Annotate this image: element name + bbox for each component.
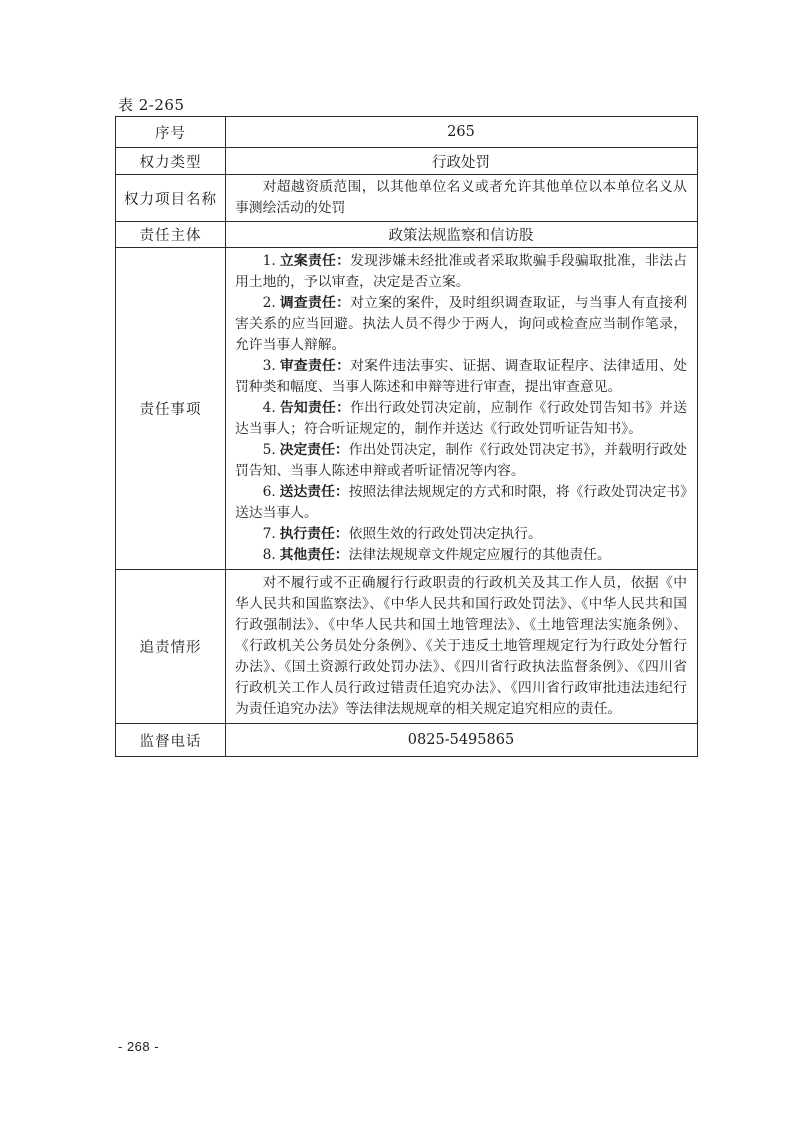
duty-item-6: 6.送达责任：按照法律法规规定的方式和时限，将《行政处罚决定书》送达当事人。 [235,482,687,524]
duty-item-7: 7.执行责任：依照生效的行政处罚决定执行。 [235,524,687,545]
duty-item-2: 2.调查责任：对立案的案件，及时组织调查取证，与当事人有直接利害关系的应当回避。… [235,293,687,356]
power-item-name-text: 对超越资质范围，以其他单位名义或者允许其他单位以本单位名义从事测绘活动的处罚 [235,177,687,219]
serial-label: 序号 [116,117,226,148]
duty-title: 其他责任： [280,547,349,563]
duty-item-4: 4.告知责任：作出行政处罚决定前，应制作《行政处罚告知书》并送达当事人；符合听证… [235,398,687,440]
duty-number: 1. [263,253,276,269]
duty-text: 法律法规规章文件规定应履行的其他责任。 [349,547,611,563]
duty-number: 6. [263,484,276,500]
duty-number: 3. [263,358,276,374]
duties-label: 责任事项 [116,248,226,570]
table-row-responsible-body: 责任主体 政策法规监察和信访股 [116,222,698,248]
duty-number: 8. [263,547,276,563]
duties-value: 1.立案责任：发现涉嫌未经批准或者采取欺骗手段骗取批准，非法占用土地的，予以审查… [226,248,698,570]
accountability-text: 对不履行或不正确履行行政职责的行政机关及其工作人员，依据《中华人民共和国监察法》… [235,573,687,720]
table-row-supervision-phone: 监督电话 0825-5495865 [116,724,698,757]
accountability-value: 对不履行或不正确履行行政职责的行政机关及其工作人员，依据《中华人民共和国监察法》… [226,570,698,724]
page-number: - 268 - [118,1039,159,1054]
duty-title: 调查责任： [280,295,351,311]
duty-number: 5. [263,442,276,458]
duty-text: 依照生效的行政处罚决定执行。 [349,526,542,542]
serial-value: 265 [226,117,698,148]
duty-item-1: 1.立案责任：发现涉嫌未经批准或者采取欺骗手段骗取批准，非法占用土地的，予以审查… [235,251,687,293]
table-caption: 表 2-265 [118,94,185,115]
duty-number: 4. [263,400,276,416]
duty-number: 7. [263,526,276,542]
table-row-serial: 序号 265 [116,117,698,148]
supervision-phone-value: 0825-5495865 [226,724,698,757]
table-row-power-type: 权力类型 行政处罚 [116,148,698,175]
duty-title: 执行责任： [280,526,349,542]
duty-item-3: 3.审查责任：对案件违法事实、证据、调查取证程序、法律适用、处罚种类和幅度、当事… [235,356,687,398]
duty-number: 2. [263,295,276,311]
duty-title: 决定责任： [280,442,349,458]
supervision-phone-label: 监督电话 [116,724,226,757]
accountability-label: 追责情形 [116,570,226,724]
duty-item-5: 5.决定责任：作出处罚决定，制作《行政处罚决定书》，并载明行政处罚告知、当事人陈… [235,440,687,482]
duty-title: 审查责任： [280,358,351,374]
power-item-table: 序号 265 权力类型 行政处罚 权力项目名称 对超越资质范围，以其他单位名义或… [115,116,698,757]
responsible-body-value: 政策法规监察和信访股 [226,222,698,248]
power-item-name-value: 对超越资质范围，以其他单位名义或者允许其他单位以本单位名义从事测绘活动的处罚 [226,175,698,222]
duty-title: 告知责任： [280,400,351,416]
power-type-value: 行政处罚 [226,148,698,175]
duty-title: 送达责任： [280,484,349,500]
duty-title: 立案责任： [280,253,351,269]
table-row-duties: 责任事项 1.立案责任：发现涉嫌未经批准或者采取欺骗手段骗取批准，非法占用土地的… [116,248,698,570]
responsible-body-label: 责任主体 [116,222,226,248]
document-page: 表 2-265 序号 265 权力类型 行政处罚 权力项目名称 对超越资质范围，… [0,0,793,1122]
power-type-label: 权力类型 [116,148,226,175]
table-row-power-item-name: 权力项目名称 对超越资质范围，以其他单位名义或者允许其他单位以本单位名义从事测绘… [116,175,698,222]
table-row-accountability: 追责情形 对不履行或不正确履行行政职责的行政机关及其工作人员，依据《中华人民共和… [116,570,698,724]
power-item-name-label: 权力项目名称 [116,175,226,222]
duty-item-8: 8.其他责任：法律法规规章文件规定应履行的其他责任。 [235,545,687,566]
